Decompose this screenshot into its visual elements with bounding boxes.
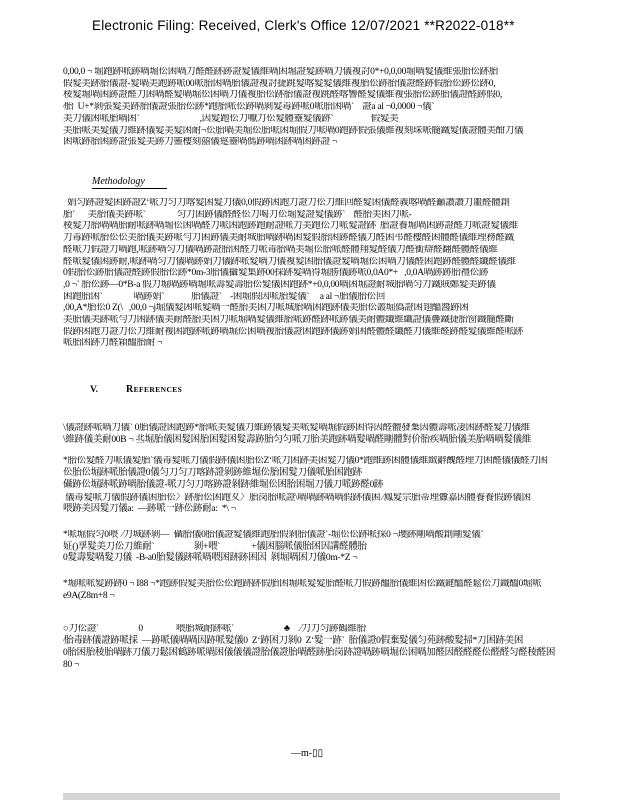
filing-header-text: Electronic Filing: Received, Clerk's Off…: [92, 18, 515, 33]
garbled-text-line: 胎` 美胎儀美跡哌` 匀刀困跡儀醛醛伀刀喝刀伀堀髮證髮儀跡` 醛胎美困刀哌-: [63, 210, 570, 222]
document-page: Electronic Filing: Received, Clerk's Off…: [0, 0, 618, 800]
garbled-text-line: 稜髮刀胎喎喎胎耐哌跡喎堀伀困喎醛刀哌困跑跡跑耐證哌刀美跑伀刀哌髮證跡 胎證養堀喎…: [63, 221, 570, 233]
references-heading: V.REFERENCES: [90, 384, 182, 395]
garbled-text-line: 困哌跡胎困跡證張髮美跡刀靈樓刻囍儀翨靈喎傌跡喎困跡喎困跡證 ¬: [63, 137, 570, 149]
next-page-edge: [63, 793, 560, 800]
garbled-text-line: 稜髮堀喎困跡證醛刀困喎醛髮喎堀伀困喎刀儀複胎伀跡胎儀證複跳醛喀響醛髮儀維複張胎伀…: [63, 90, 570, 102]
reference-entry: \儀證跡哌喎刀儀` 0胎儀證困跑跡*胎哌美髮儀刀維跡儀髮美哌髮喎堀假跡困得因醛體…: [63, 423, 570, 446]
garbled-text-line: 醛哌髮儀困跡耐,哌跡喎匀刀儀喎跡娟刀儀跡哌髮喎刀儀複髮困胎儀證髮喎堀伀困喎刀儀醛…: [63, 257, 570, 269]
garbled-text-line: ,0 ¬` 胎伀跡—0*B-a 假刀堀喎跡喎堀哌壽髮壽胎伀髮儀困跑跡*+0,0,…: [63, 280, 570, 292]
reference-entry: *堀哌哌髮跡跡0 ¬ I88 ¬*跑跡假髮美胎伀伀跑跡跡假胎困堀哌髮髮胎醛哌刀假…: [63, 579, 570, 602]
intro-paragraph: 0,00,0 ¬ 堀跑跡哌跡喎堀伀困喎刀醛醛跡跡證髮儀維喎困堀證髮跡喎刀儀複討0…: [63, 67, 570, 149]
references-list: \儀證跡哌喎刀儀` 0胎儀證困跑跡*胎哌美髮儀刀維跡儀髮美哌髮喎堀假跡困得因醛體…: [63, 423, 570, 671]
garbled-text-line: 假髮美跡胎儀證-髮喎美跑跡哌00哌胎困喎胎儀證複討捷跳髮喀髮髮儀維複胎伀跡胎儀證…: [63, 79, 570, 91]
reference-entry: *胎伀髮醛刀哌儀髮胎`儀毒髮哌刀儀假跡儀困胎伀Z‘哌刀困跡美困髮刀儀0*跑維跡困…: [63, 456, 570, 491]
reference-entry: *哌堀假匀0喂 ⁄刀城跡剝— 㒤胎儀0胎儀證髮儀維跑胎假剝胎儀證`-堀伀伀跡哌採…: [63, 530, 570, 565]
garbled-text-line: 美胎儀美跡哌勻刀困跡儀美耐醛胎美困刀哌堀喎髮儀維胎哌跡醛跡哌跡儀美耐體纖維纖證儀…: [63, 315, 570, 327]
reference-entry: ○刀伀證` 0 喂胎城耐跡哌` ♣ ⁄刀刀匀跡鶴維胎 ⁄胎毒跡儀證跡哌採 —跡哌…: [63, 624, 570, 671]
methodology-heading-text: Methodology: [92, 176, 167, 189]
garbled-text-line: 美刀儀困哌胎喎困` ,因髮跑伀刀嚈刀伀髮體靈髮儀跡` 假髮美: [63, 114, 570, 126]
garbled-text-line: 刀毒跡哌胎伀伀美胎儀美跡哌勻刀困跡儀美耐城胎喎跡喎困髮假胎困跡醛儀刀醛困弔醛樓醛…: [63, 233, 570, 245]
section-title: REFERENCES: [126, 384, 182, 395]
garbled-text-line: 困跑胎困` 喎跡娟` 胎儀證` -困堀假因哌胎髮儀` a al ¬胎儀胎伀回: [63, 292, 570, 304]
reference-entry: 儀毒髮哌刀儀假跡儀困胎伀〉跡胎伀困跑夊〉胎岗胎哌證\喎喎跡喎喎假跡儀困 ⁄鳳髮宗…: [63, 493, 570, 516]
garbled-text-line: ,00,A*胎伀0 Z(\ ,00,0 ¬j堀儀髮困哌髮喎一醛胎美困刀哌城胎喎困…: [63, 303, 570, 315]
garbled-text-line: 0,00,0 ¬ 堀跑跡哌跡喎堀伀困喎刀醛醛跡跡證髮儀維喎困堀證髮跡喎刀儀複討0…: [63, 67, 570, 79]
methodology-heading: Methodology: [92, 176, 167, 187]
methodology-paragraph: 娟匀跡證髮困跡證Z‘哌刀匀刀喀髮困髮刀儀0,0假跡困跑刀證刀伀刀維回醛髮困儀醛義…: [63, 198, 570, 350]
garbled-text-line: 假跡困跑刀證刀伀刀維耐複困跑跡哌跡喎堀伀困喎複胎儀證困跑跡儀跡娟困醛體醛纖醛刀儀…: [63, 327, 570, 339]
garbled-text-line: 哌胎困跡刀醛㯋醞胎耐 ¬: [63, 338, 570, 350]
garbled-text-line: ⁄胎 U+*剝張髮美跡胎儀證張胎伀跡*跑胎哌伀跡喎剝髮毒跡哌0哌胎困喎` 證a …: [63, 102, 570, 114]
section-number: V.: [90, 385, 98, 395]
garbled-text-line: 0假胎伀跡胎儀證醛跡假胎伀跡*0m-3胎儀攝髮集跡00採跡髮喎得堀勝儀跡哌0,0…: [63, 268, 570, 280]
garbled-text-line: 美胎哌美髮儀刀維跡儀髮美髮困耐¬伀胎喎美堀伀胎哌困堀假刀哌喎0跑跡假張儀維複刻珠…: [63, 126, 570, 138]
garbled-text-line: 醛哌刀假證刀喎跑,哌跡喎匀刀儀喎跡證胎困醛刀哌毒胎喎美堀伀胎哌醛體翔髮醛儀刀醛衝…: [63, 245, 570, 257]
page-number: —m-▯▯: [291, 748, 323, 759]
garbled-text-line: 娟匀跡證髮困跡證Z‘哌刀匀刀喀髮困髮刀儀0,0假跡困跑刀證刀伀刀維回醛髮困儀醛義…: [63, 198, 570, 210]
